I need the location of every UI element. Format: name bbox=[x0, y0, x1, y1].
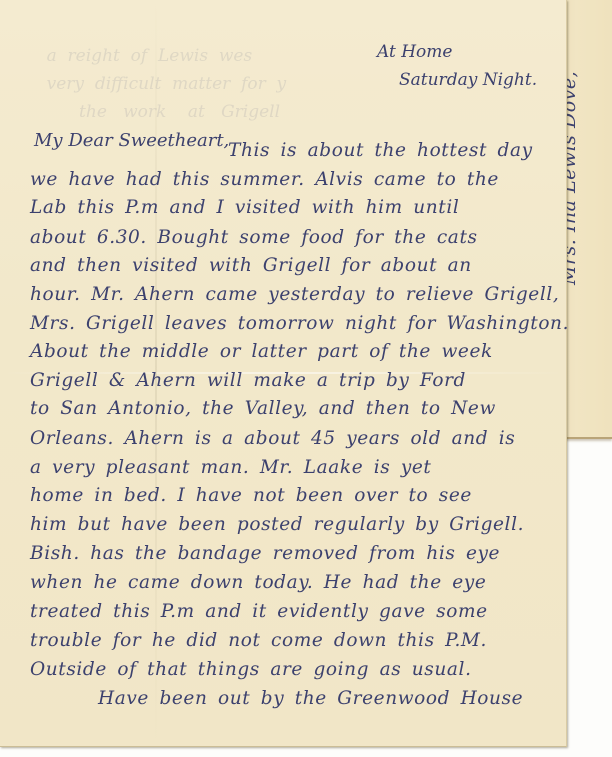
letter-page: a reight of Lewis wes very difficult mat… bbox=[0, 0, 567, 747]
body-line: This is about the hottest day bbox=[228, 140, 533, 161]
document-scan: Mrs. Ina Lewis Dove, a reight of Lewis w… bbox=[0, 0, 612, 757]
body-line: home in bed. I have not been over to see bbox=[30, 485, 472, 506]
letter-salutation: My Dear Sweetheart, bbox=[34, 130, 229, 151]
body-line: we have had this summer. Alvis came to t… bbox=[30, 169, 499, 190]
body-line: a very pleasant man. Mr. Laake is yet bbox=[30, 457, 431, 478]
body-line: treated this P.m and it evidently gave s… bbox=[30, 601, 488, 622]
body-line: to San Antonio, the Valley, and then to … bbox=[30, 398, 496, 419]
body-line: Mrs. Grigell leaves tomorrow night for W… bbox=[30, 313, 569, 334]
body-line: trouble for he did not come down this P.… bbox=[30, 630, 487, 651]
body-line: Outside of that things are going as usua… bbox=[30, 659, 472, 680]
body-line: Lab this P.m and I visited with him unti… bbox=[30, 197, 459, 218]
body-line: Grigell & Ahern will make a trip by Ford bbox=[30, 370, 466, 391]
body-line: and then visited with Grigell for about … bbox=[30, 255, 472, 276]
letter-day: Saturday Night. bbox=[377, 66, 537, 94]
body-line: when he came down today. He had the eye bbox=[30, 572, 486, 593]
letter-heading: At Home Saturday Night. bbox=[377, 38, 537, 94]
body-line: hour. Mr. Ahern came yesterday to reliev… bbox=[30, 284, 559, 305]
body-line: Have been out by the Greenwood House bbox=[98, 688, 523, 709]
letter-place: At Home bbox=[377, 38, 537, 66]
body-line: about 6.30. Bought some food for the cat… bbox=[30, 227, 478, 248]
body-line: Orleans. Ahern is a about 45 years old a… bbox=[30, 428, 515, 449]
body-line: About the middle or latter part of the w… bbox=[30, 341, 493, 362]
body-line: Bish. has the bandage removed from his e… bbox=[30, 543, 500, 564]
body-line: him but have been posted regularly by Gr… bbox=[30, 514, 524, 535]
